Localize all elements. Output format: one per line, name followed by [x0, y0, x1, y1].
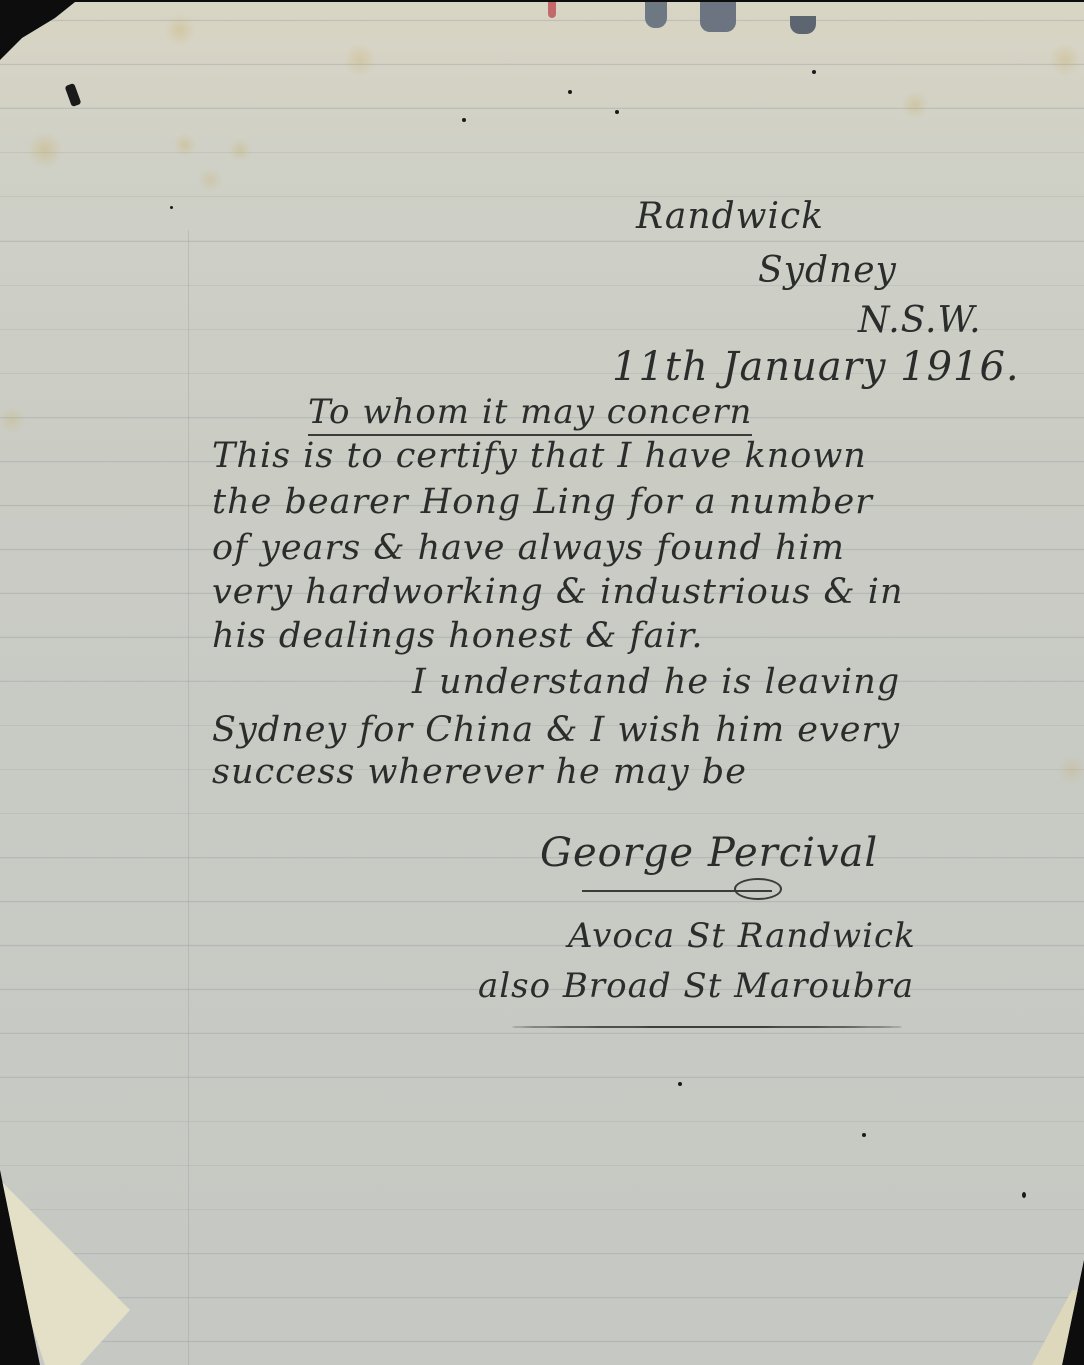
- margin-line: [188, 230, 189, 1365]
- closing-rule: [512, 1026, 902, 1028]
- ink-speck: [170, 206, 173, 209]
- signer-address-line: Avoca St Randwick: [568, 916, 916, 956]
- ink-speck: [65, 83, 82, 107]
- body-line: of years & have always found him: [212, 528, 845, 568]
- body-line: the bearer Hong Ling for a number: [212, 482, 873, 522]
- place-line-randwick: Randwick: [636, 196, 824, 237]
- ink-speck: [615, 110, 619, 114]
- letter-page: Randwick Sydney N.S.W. 11th January 1916…: [0, 0, 1084, 1365]
- signature-flourish: [582, 876, 772, 892]
- top-edge-stain: [790, 16, 816, 34]
- folded-corner-bottom-right: [1032, 1290, 1084, 1365]
- signature: George Percival: [540, 830, 878, 876]
- body-line: This is to certify that I have known: [212, 436, 867, 476]
- place-line-nsw: N.S.W.: [858, 300, 982, 341]
- ink-speck: [462, 118, 466, 122]
- ink-speck: [1022, 1192, 1026, 1198]
- top-edge-stain: [645, 2, 667, 28]
- ink-speck: [862, 1133, 866, 1137]
- body-line: Sydney for China & I wish him every: [212, 710, 900, 750]
- salutation-text: To whom it may concern: [308, 392, 752, 436]
- body-line: success wherever he may be: [212, 752, 747, 792]
- top-edge-stain: [548, 2, 556, 18]
- signer-address-line: also Broad St Maroubra: [478, 966, 914, 1006]
- ink-speck: [678, 1082, 682, 1086]
- place-line-sydney: Sydney: [758, 250, 897, 291]
- body-line: very hardworking & industrious & in: [212, 572, 904, 612]
- folded-corner-bottom-left: [0, 1180, 140, 1365]
- top-edge-stain: [700, 2, 736, 32]
- letter-date: 11th January 1916.: [612, 344, 1020, 390]
- ink-speck: [568, 90, 572, 94]
- salutation: To whom it may concern: [308, 392, 752, 432]
- ink-speck: [812, 70, 816, 74]
- body-line: I understand he is leaving: [412, 662, 900, 702]
- body-line: his dealings honest & fair.: [212, 616, 704, 656]
